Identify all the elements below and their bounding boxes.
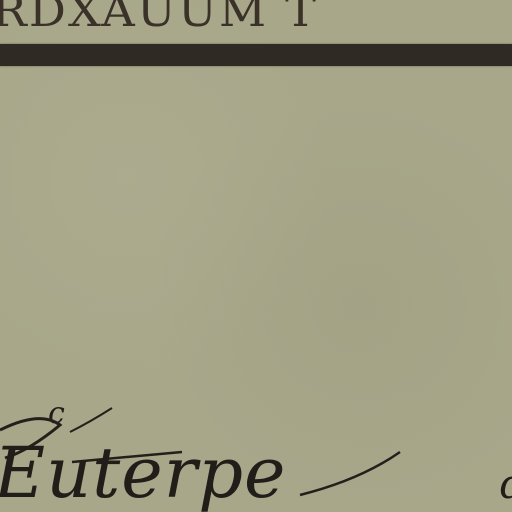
handwritten-fragment: d [500, 462, 512, 508]
handwritten-word: Euterpe [0, 432, 286, 512]
